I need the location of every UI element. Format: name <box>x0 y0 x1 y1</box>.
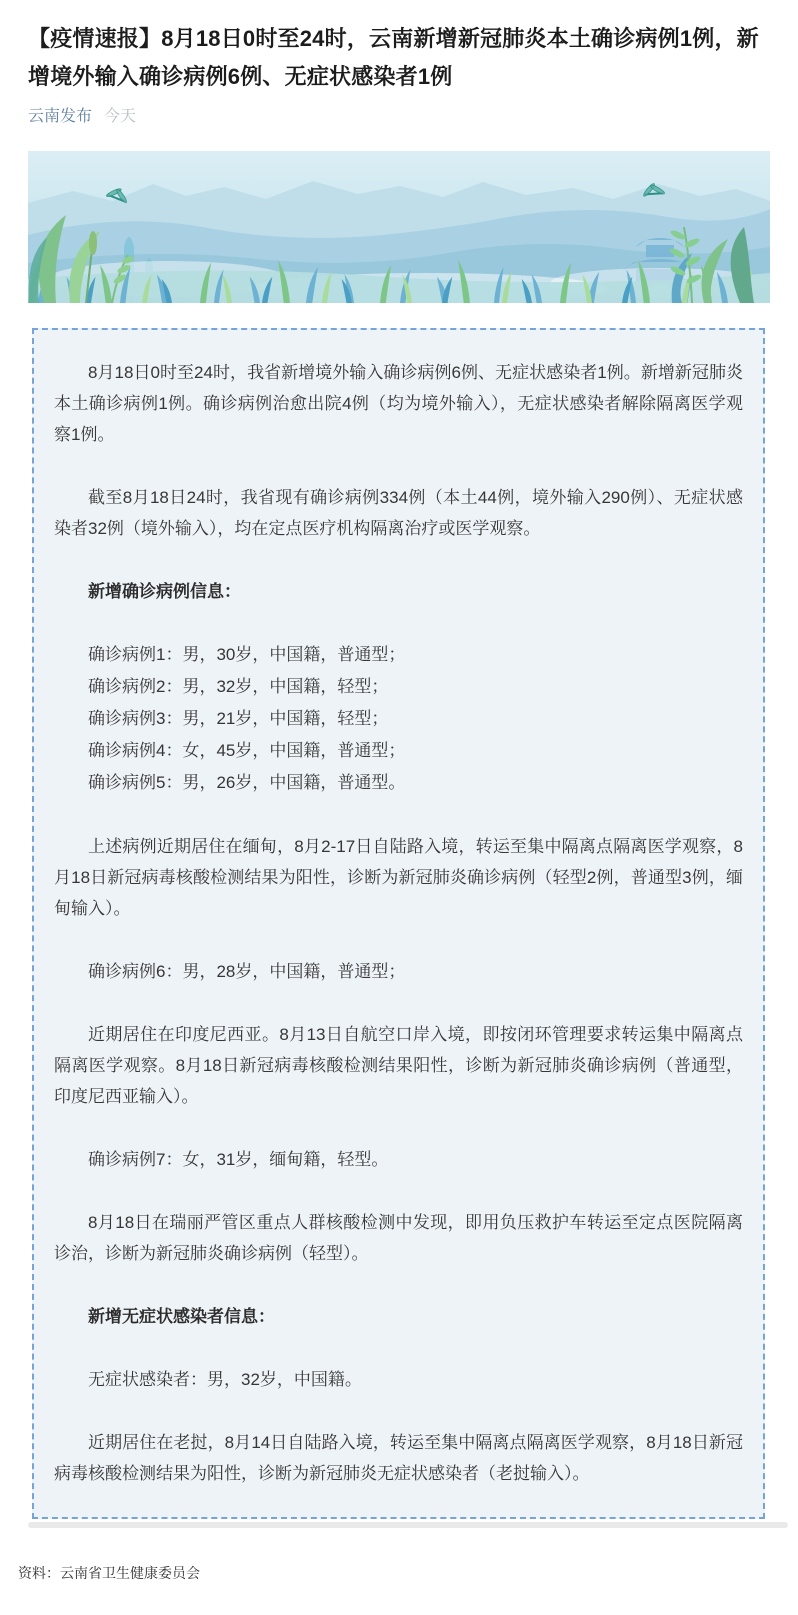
landscape-illustration <box>28 151 770 303</box>
case-line: 确诊病例1：男，30岁，中国籍，普通型； <box>54 639 743 671</box>
publish-time: 今天 <box>104 108 136 125</box>
article-title: 【疫情速报】8月18日0时至24时，云南新增新冠肺炎本土确诊病例1例，新增境外输… <box>28 20 770 96</box>
case-line: 确诊病例5：男，26岁，中国籍，普通型。 <box>54 767 743 799</box>
paragraph: 近期居住在老挝，8月14日自陆路入境，转运至集中隔离点隔离医学观察，8月18日新… <box>54 1427 743 1489</box>
paragraph: 近期居住在印度尼西亚。8月13日自航空口岸入境，即按闭环管理要求转运集中隔离点隔… <box>54 1019 743 1112</box>
content-box: 8月18日0时至24时，我省新增境外输入确诊病例6例、无症状感染者1例。新增新冠… <box>32 328 765 1519</box>
paragraph: 确诊病例6：男，28岁，中国籍，普通型； <box>54 956 743 987</box>
paragraph: 无症状感染者：男，32岁，中国籍。 <box>54 1364 743 1395</box>
paragraph: 确诊病例7：女，31岁，缅甸籍，轻型。 <box>54 1144 743 1175</box>
paragraph: 8月18日0时至24时，我省新增境外输入确诊病例6例、无症状感染者1例。新增新冠… <box>54 357 743 450</box>
article-page: 【疫情速报】8月18日0时至24时，云南新增新冠肺炎本土确诊病例1例，新增境外输… <box>0 20 798 1598</box>
case-line: 确诊病例3：男，21岁，中国籍，轻型； <box>54 703 743 735</box>
box-shadow-bar <box>28 1522 788 1528</box>
article-body: 8月18日0时至24时，我省新增境外输入确诊病例6例、无症状感染者1例。新增新冠… <box>54 357 743 1489</box>
paragraph: 截至8月18日24时，我省现有确诊病例334例（本土44例，境外输入290例）、… <box>54 482 743 544</box>
source-account-link[interactable]: 云南发布 <box>28 108 92 125</box>
section-heading: 新增无症状感染者信息： <box>54 1301 743 1332</box>
case-list: 确诊病例1：男，30岁，中国籍，普通型；确诊病例2：男，32岁，中国籍，轻型；确… <box>54 639 743 799</box>
source-credit: 资料：云南省卫生健康委员会 <box>18 1564 770 1598</box>
paragraph: 上述病例近期居住在缅甸，8月2-17日自陆路入境，转运至集中隔离点隔离医学观察，… <box>54 831 743 924</box>
article-meta: 云南发布今天 <box>28 107 770 127</box>
paragraph: 8月18日在瑞丽严管区重点人群核酸检测中发现，即用负压救护车转运至定点医院隔离诊… <box>54 1207 743 1269</box>
banner-illustration <box>28 151 770 303</box>
case-line: 确诊病例2：男，32岁，中国籍，轻型； <box>54 671 743 703</box>
case-line: 确诊病例4：女，45岁，中国籍，普通型； <box>54 735 743 767</box>
section-heading: 新增确诊病例信息： <box>54 576 743 607</box>
